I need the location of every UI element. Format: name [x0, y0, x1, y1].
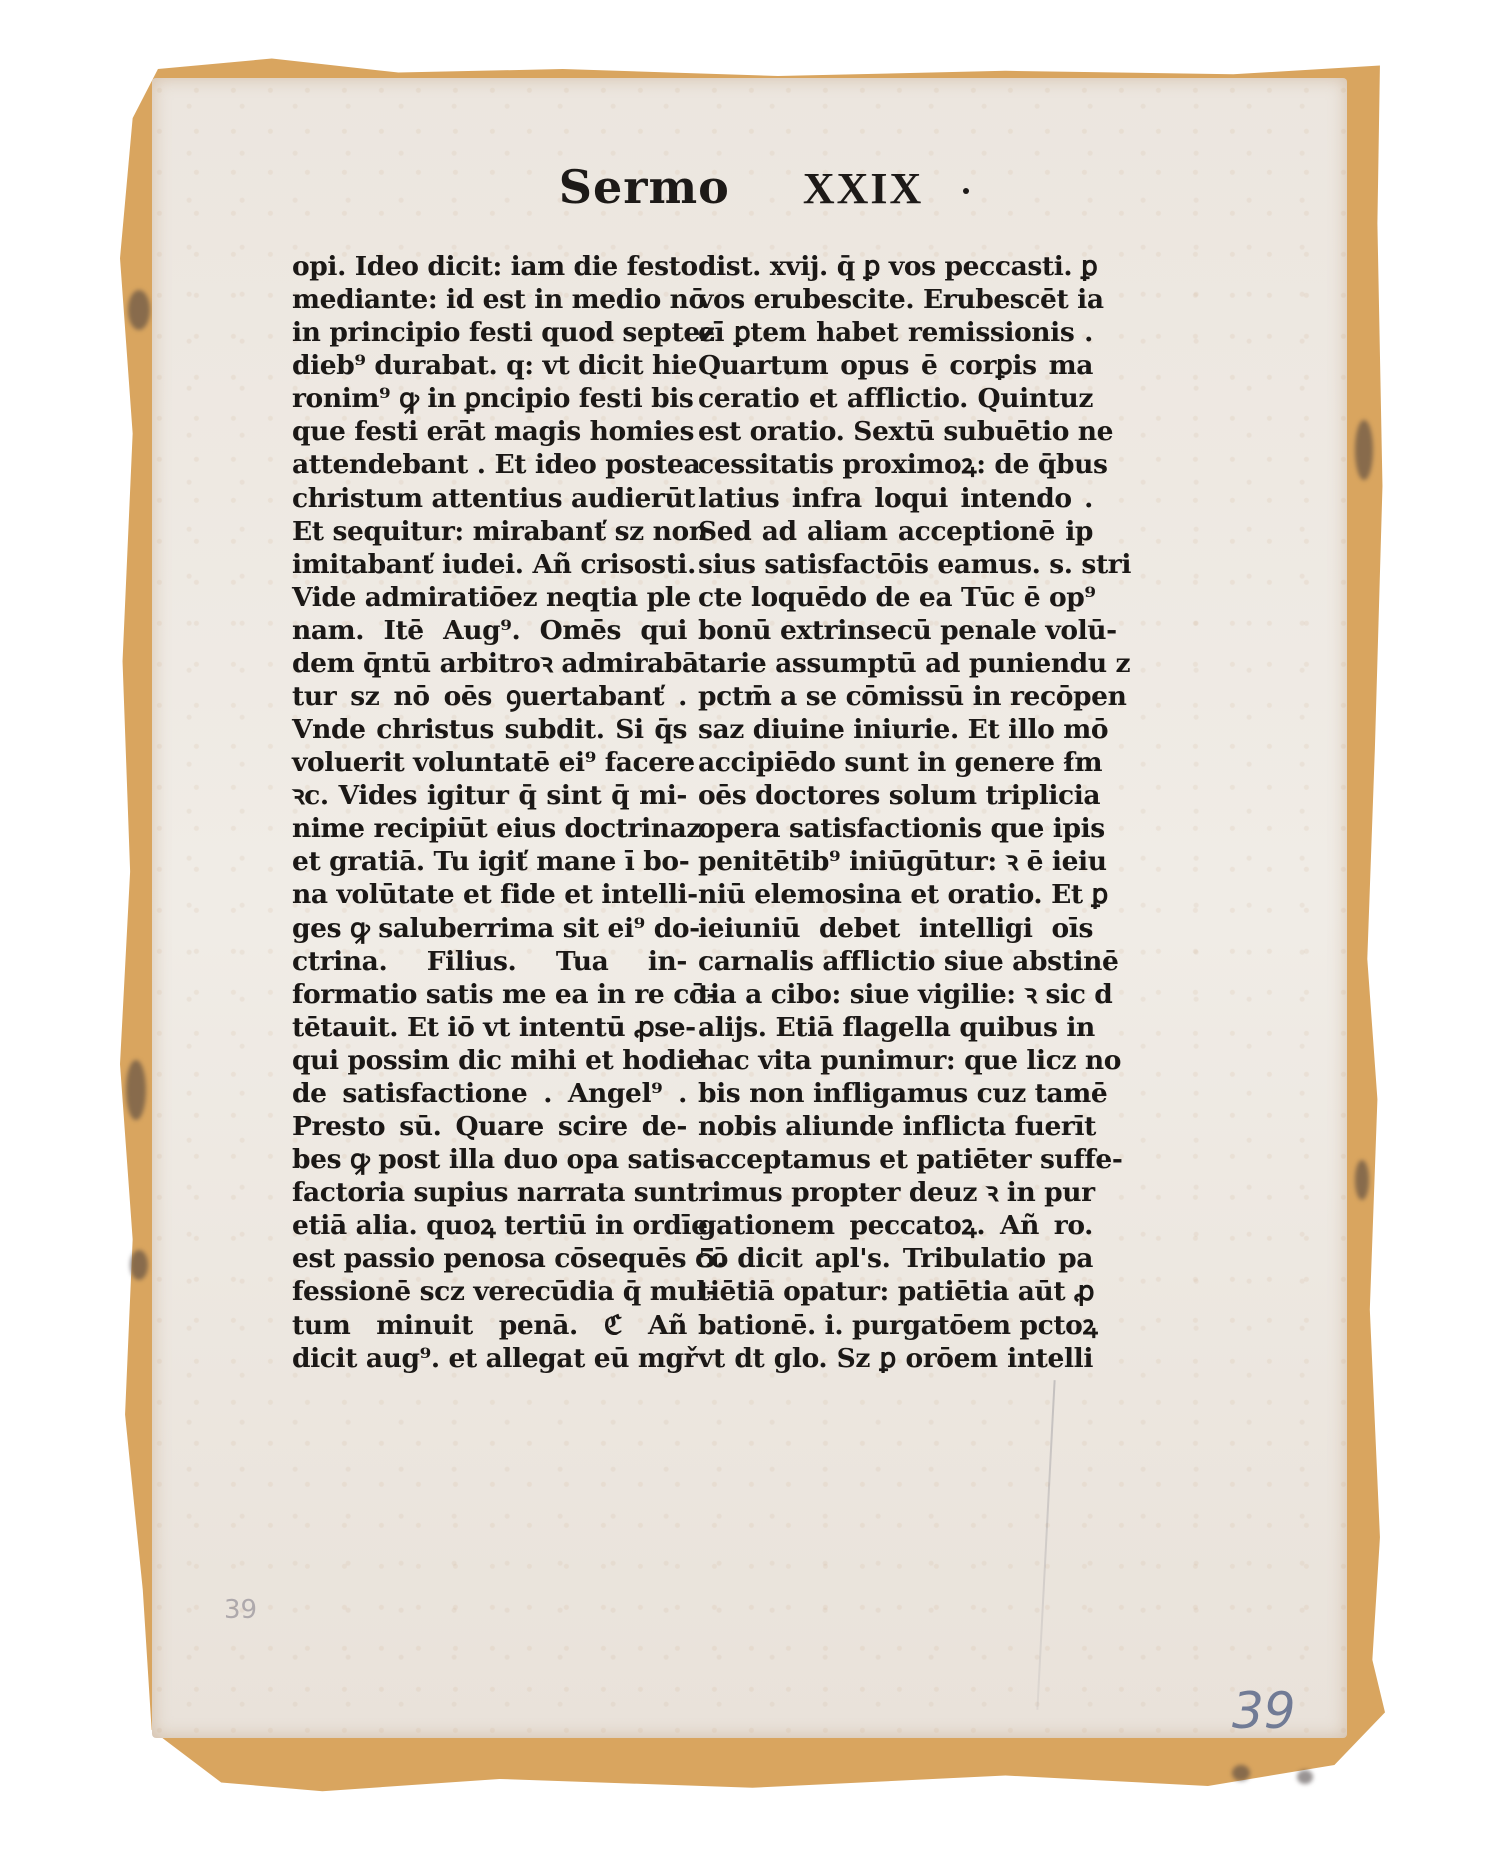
header-title: Sermo: [559, 160, 730, 214]
text-line: ges ꝙ saluberrima sit ei⁹ do-: [292, 912, 687, 945]
text-line: penitētib⁹ iniūgūtur: ꝛ ē ieiu: [698, 845, 1093, 878]
text-line: Quartum opus ē corꝑis ma: [698, 349, 1093, 382]
text-line: 5. dicit apl's. Tribulatio pa: [698, 1242, 1093, 1275]
text-line: sius satisfactōis eamus. s. stri: [698, 548, 1093, 581]
header-folio-number: XXIX: [803, 163, 923, 214]
text-line: ꝛc. Vides igitur q̄ sint q̄ mi-: [292, 779, 687, 812]
text-line: bationē. i. purgatōem pctoꝝ: [698, 1309, 1093, 1342]
text-line: Et sequitur: mirabanť sz non: [292, 515, 687, 548]
text-line: dem q̄ntū arbitroꝛ admirabā: [292, 647, 687, 680]
text-line: acceptamus et patiēter suffe-: [698, 1143, 1093, 1176]
text-line: et gratiā. Tu igiť mane ī bo-: [292, 845, 687, 878]
text-line: tia a cibo: siue vigilie: ꝛ sic d: [698, 978, 1093, 1011]
text-line: imitabanť iudei. Añ crisosti.: [292, 548, 687, 581]
text-line: in principio festi quod septez: [292, 316, 687, 349]
text-line: est oratio. Sextū subuētio ne: [698, 415, 1093, 448]
text-line: opi. Ideo dicit: iam die festo: [292, 250, 687, 283]
stain-mark: [1355, 420, 1373, 480]
text-line: tur sz nō oēs ꝯuertabanť .: [292, 680, 687, 713]
text-line: carnalis afflictio siue abstinē: [698, 945, 1093, 978]
text-line: tum minuit penā. ℭ Añ: [292, 1309, 687, 1342]
stain-mark: [126, 1060, 146, 1120]
text-line: etiā alia. quoꝝ tertiū in ordīe: [292, 1209, 687, 1242]
text-line: vos erubescite. Erubescēt ia: [698, 283, 1093, 316]
header-dot: [963, 188, 969, 194]
text-line: que festi erāt magis homies: [292, 415, 687, 448]
text-line: bonū extrinsecū penale volū-: [698, 614, 1093, 647]
text-line: mediante: id est in medio nō: [292, 283, 687, 316]
text-line: rimus propter deuz ꝛ in pur: [698, 1176, 1093, 1209]
text-line: Vide admiratiōez neqtia ple: [292, 581, 687, 614]
text-line: gationem peccatoꝝ. Añ ro.: [698, 1209, 1093, 1242]
stain-mark: [130, 1250, 148, 1280]
text-line: Vnde christus subdit. Si q̄s: [292, 713, 687, 746]
text-line: formatio satis me ea in re cō-: [292, 978, 687, 1011]
text-line: tarie assumptū ad puniendu z: [698, 647, 1093, 680]
text-line: saz diuine iniurie. Et illo mō: [698, 713, 1093, 746]
page-header: Sermo XXIX: [0, 160, 1500, 214]
text-line: oēs doctores solum triplicia: [698, 779, 1093, 812]
text-line: voluerit voluntatē ei⁹ facere: [292, 746, 687, 779]
text-column-left: opi. Ideo dicit: iam die festomediante: …: [292, 250, 687, 1375]
text-line: est passio penosa cōsequēs cō: [292, 1242, 687, 1275]
stain-mark: [128, 290, 150, 330]
text-line: ieiuniū debet intelligi oīs: [698, 912, 1093, 945]
text-column-right: dist. xvij. q̄ ꝑ vos peccasti. ꝑvos erub…: [698, 250, 1093, 1375]
text-line: nime recipiūt eius doctrinaz: [292, 812, 687, 845]
text-line: vt dt glo. Sz ꝑ orōem intelli: [698, 1342, 1093, 1375]
text-line: ctrina. Filius. Tua in-: [292, 945, 687, 978]
text-line: attendebant . Et ideo postea: [292, 448, 687, 481]
text-line: nobis aliunde inflicta fuerīt: [698, 1110, 1093, 1143]
text-line: christum attentius audierūt: [292, 482, 687, 515]
text-line: na volūtate et fide et intelli-: [292, 878, 687, 911]
text-line: Sed ad aliam acceptionē ip: [698, 515, 1093, 548]
pencil-number-bottom-right: 39: [1232, 1682, 1296, 1740]
text-line: eī̄ ꝑtem habet remissionis .: [698, 316, 1093, 349]
text-line: ceratio et afflictio. Quintuz: [698, 382, 1093, 415]
text-line: bes ꝙ post illa duo opa satis-: [292, 1143, 687, 1176]
text-line: factoria supius narrata sunt: [292, 1176, 687, 1209]
text-line: cessitatis proximoꝝ: de q̄bus: [698, 448, 1093, 481]
text-line: ronim⁹ ꝙ in ꝑncipio festi bis: [292, 382, 687, 415]
text-line: de satisfactione . Angel⁹ .: [292, 1077, 687, 1110]
stain-mark: [1297, 1770, 1313, 1784]
text-line: bis non infligamus cuz tamē: [698, 1077, 1093, 1110]
text-line: dieb⁹ durabat. q: vt dicit hie: [292, 349, 687, 382]
text-line: fessionē scz verecūdia q̄ mul-: [292, 1275, 687, 1308]
text-line: accipiēdo sunt in genere ẜm: [698, 746, 1093, 779]
text-line: nam. Itē Aug⁹. Omēs qui: [292, 614, 687, 647]
text-line: dist. xvij. q̄ ꝑ vos peccasti. ꝑ: [698, 250, 1093, 283]
text-line: cte loquēdo de ea Tūc ē op⁹: [698, 581, 1093, 614]
text-line: tiētiā opatur: patiētia aūt ꝓ: [698, 1275, 1093, 1308]
text-line: alijs. Etiā flagella quibus in: [698, 1011, 1093, 1044]
text-line: hac vita punimur: que licz no: [698, 1044, 1093, 1077]
text-line: latius infra loqui intendo .: [698, 482, 1093, 515]
pencil-number-left: 39: [224, 1595, 257, 1625]
text-line: pctm̄ a se cōmissū in recōpen: [698, 680, 1093, 713]
stain-mark: [1232, 1765, 1250, 1781]
text-line: tētauit. Et iō vt intentū ꝓse-: [292, 1011, 687, 1044]
text-line: opera satisfactionis que ipis: [698, 812, 1093, 845]
stain-mark: [1355, 1160, 1369, 1200]
text-line: qui possim dic mihi et hodie: [292, 1044, 687, 1077]
text-line: niū elemosina et oratio. Et ꝑ: [698, 878, 1093, 911]
text-line: Presto sū. Quare scire de-: [292, 1110, 687, 1143]
text-line: dicit aug⁹. et allegat eū mgř: [292, 1342, 687, 1375]
